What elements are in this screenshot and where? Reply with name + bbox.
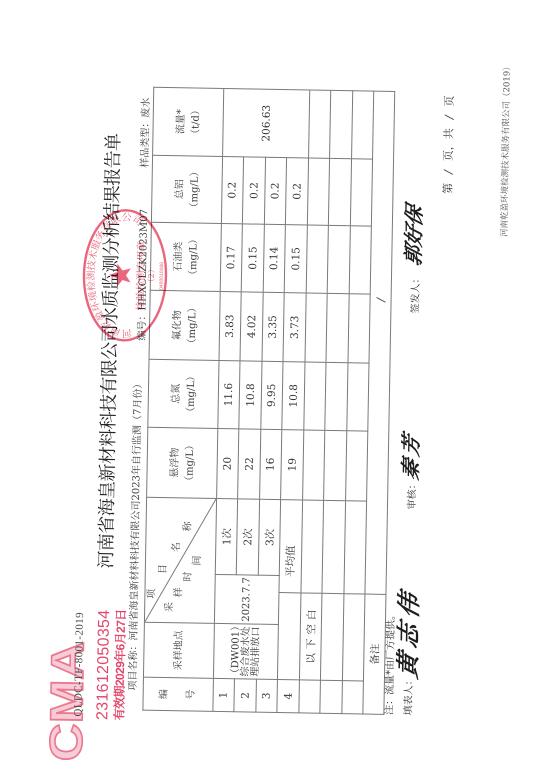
header-suspended-solids: 悬浮物（mg/L）: [147, 427, 218, 498]
param-unit: （mg/L）: [189, 166, 201, 212]
empty-cell: [326, 293, 349, 362]
header-item-time-diagonal: 项 目 名 称 采 样 时 间: [144, 497, 216, 623]
filler-label: 填表人：: [404, 675, 415, 715]
issuer-signature: 郭好保: [403, 203, 424, 268]
diag-sample-time-char: 间: [192, 556, 204, 566]
seal-sub-text: （2）: [147, 265, 156, 286]
empty-cell: [301, 500, 324, 593]
project-name-line: 项目名称：河南省海皇新材料科技有限公司2023年自行监测（7月份）: [129, 379, 144, 691]
empty-cell: [352, 91, 374, 159]
empty-cell: [320, 593, 344, 680]
site-name-line: 理站排放口: [250, 625, 261, 679]
diag-item-name-char: 目: [158, 564, 170, 574]
param-name: 总氮: [170, 384, 181, 404]
empty-cell: [324, 430, 347, 500]
avg-suspended-solids: 19: [281, 430, 304, 500]
param-unit: （mg/L）: [187, 234, 199, 280]
page-indicator: 第 / 页，共 / 页: [442, 95, 456, 194]
sample-type-label: 样品类型：: [140, 118, 152, 168]
param-unit: （mg/L）: [184, 440, 196, 486]
report-sheet: CMA QLDC-TF-8001-2019 231612050354 有效期20…: [0, 0, 556, 779]
empty-cell: [299, 680, 321, 713]
cma-validity: 有效期2029年6月27日: [113, 609, 127, 720]
empty-cell: [344, 501, 367, 594]
diagonal-divider: [145, 498, 216, 623]
param-unit: （mg/L）: [186, 302, 198, 348]
diag-sample-time-char: 采: [164, 602, 176, 612]
header-flow: 流量*（t/d）: [153, 87, 224, 156]
footer-company: 河南乾盈环境检测技术服务有限公司（2019）: [501, 62, 513, 237]
reviewer-label: 审核：: [408, 479, 419, 509]
empty-cell: [325, 362, 348, 430]
param-unit: （t/d）: [190, 105, 202, 139]
empty-cell: [307, 158, 329, 225]
diag-item-name-char: 称: [183, 521, 195, 531]
sample-times: 1次: [215, 498, 237, 574]
sample-times: 2次: [236, 499, 259, 575]
page-total: /: [444, 115, 456, 119]
empty-cell: [309, 90, 331, 158]
empty-cell: [320, 680, 343, 713]
empty-cell: [277, 593, 301, 680]
issuer-label: 签发人：: [411, 273, 422, 313]
project-label: 项目名称：: [128, 640, 140, 690]
empty-cell: [350, 159, 372, 226]
diag-item-name-char: 名: [171, 542, 183, 552]
avg-total-nitrogen: 10.8: [282, 362, 305, 430]
row-number: 3: [256, 679, 278, 712]
filler-signature: 黄志伟: [396, 584, 421, 680]
value-suspended-solids: 16: [260, 429, 282, 499]
remarks-label: 备注: [363, 594, 386, 714]
empty-cell: [322, 500, 346, 593]
value-total-aluminum: 0.2: [221, 156, 243, 223]
empty-cell: [305, 293, 327, 362]
project-name: 河南省海皇新材料科技有限公司2023年自行监测（7月份）: [129, 379, 145, 641]
page-prefix: 第: [442, 183, 454, 194]
header-no: 编 号: [143, 677, 214, 711]
row-number: 1: [213, 678, 235, 711]
sample-type: 废水: [141, 98, 152, 118]
param-name: 氟化物: [171, 310, 183, 340]
header-total-nitrogen: 总氮（mg/L）: [148, 359, 219, 428]
sample-type-line: 样品类型：废水: [141, 98, 152, 168]
value-total-nitrogen: 10.8: [239, 361, 262, 429]
value-fluoride: 3.83: [219, 291, 241, 360]
value-petroleum: 0.17: [220, 223, 242, 291]
empty-cell: [303, 430, 325, 500]
value-suspended-solids: 22: [238, 429, 261, 499]
average-label: 平均值: [279, 500, 303, 593]
results-table: 编 号 采样地点 项 目 名 称 采 样 时 间 悬浮物（mg/L） 总氮（mg…: [142, 87, 395, 715]
header-no-char: 编: [157, 678, 172, 710]
param-name: 悬浮物: [169, 448, 181, 478]
param-unit: （mg/L）: [185, 371, 197, 417]
empty-cell: [304, 362, 326, 430]
seal-star-icon: [109, 264, 131, 287]
row-number: 2: [234, 679, 257, 712]
param-name: 总铝: [174, 179, 185, 199]
value-suspended-solids: 20: [217, 428, 239, 498]
value-flow: 206.63: [223, 88, 310, 157]
header-site: 采样地点: [143, 622, 214, 678]
page-suffix: 页: [444, 95, 456, 106]
reviewer-signature: 秦芳: [401, 429, 422, 482]
form-code: QLDC-TF-8001-2019: [73, 612, 86, 717]
diag-sample-time-char: 时: [183, 571, 195, 581]
report-title: 河南省海皇新材料科技有限公司水质监测分析结果报告单: [96, 131, 126, 571]
empty-cell: [306, 225, 328, 293]
empty-cell: [342, 681, 364, 714]
empty-cell: [349, 226, 371, 294]
value-total-nitrogen: 9.95: [261, 361, 283, 429]
header-no-char: 号: [184, 678, 199, 710]
sample-times: 3次: [258, 499, 280, 575]
avg-total-aluminum: 0.2: [285, 158, 308, 225]
seal-center-text: 检验检测专用章: [134, 240, 147, 311]
page-middle: 页，共: [443, 128, 456, 161]
value-total-aluminum: 0.2: [242, 157, 265, 224]
inspection-seal-icon: 河南乾盈环境检测技术服务有限公司 检验检测专用章 （2） 0400010088: [80, 207, 170, 345]
blank-below-note: 以下空白: [299, 593, 322, 680]
empty-cell: [327, 225, 350, 293]
value-total-aluminum: 0.2: [264, 157, 286, 224]
value-petroleum: 0.15: [241, 224, 264, 292]
diag-sample-time-char: 样: [173, 587, 185, 597]
sampling-site: （DW001） 综合废水处 理站排放口: [213, 623, 278, 679]
empty-cell: [347, 363, 369, 431]
empty-cell: [346, 431, 368, 501]
value-petroleum: 0.14: [263, 224, 285, 292]
page-current: /: [443, 170, 455, 174]
cma-cert-number: 231612050354: [95, 609, 113, 720]
empty-cell: [328, 158, 351, 225]
diag-item-name-char: 项: [146, 589, 158, 599]
empty-cell: [348, 294, 370, 363]
header-row: 编 号 采样地点 项 目 名 称 采 样 时 间 悬浮物（mg/L） 总氮（mg…: [143, 87, 224, 711]
avg-petroleum: 0.15: [284, 225, 307, 293]
value-fluoride: 4.02: [240, 292, 263, 361]
param-name: 流量*: [175, 109, 186, 134]
empty-cell: [342, 594, 365, 681]
row-number: 4: [277, 680, 300, 713]
remarks-value: /: [374, 298, 387, 302]
empty-cell: [330, 90, 353, 158]
avg-fluoride: 3.73: [283, 293, 306, 362]
value-fluoride: 3.35: [262, 292, 284, 361]
seal-code: 0400010088: [159, 262, 165, 290]
param-name: 石油类: [173, 242, 185, 272]
value-total-nitrogen: 11.6: [218, 360, 240, 428]
sampling-date: 2023.7.7: [214, 574, 279, 624]
scanned-page: CMA QLDC-TF-8001-2019 231612050354 有效期20…: [0, 0, 556, 779]
